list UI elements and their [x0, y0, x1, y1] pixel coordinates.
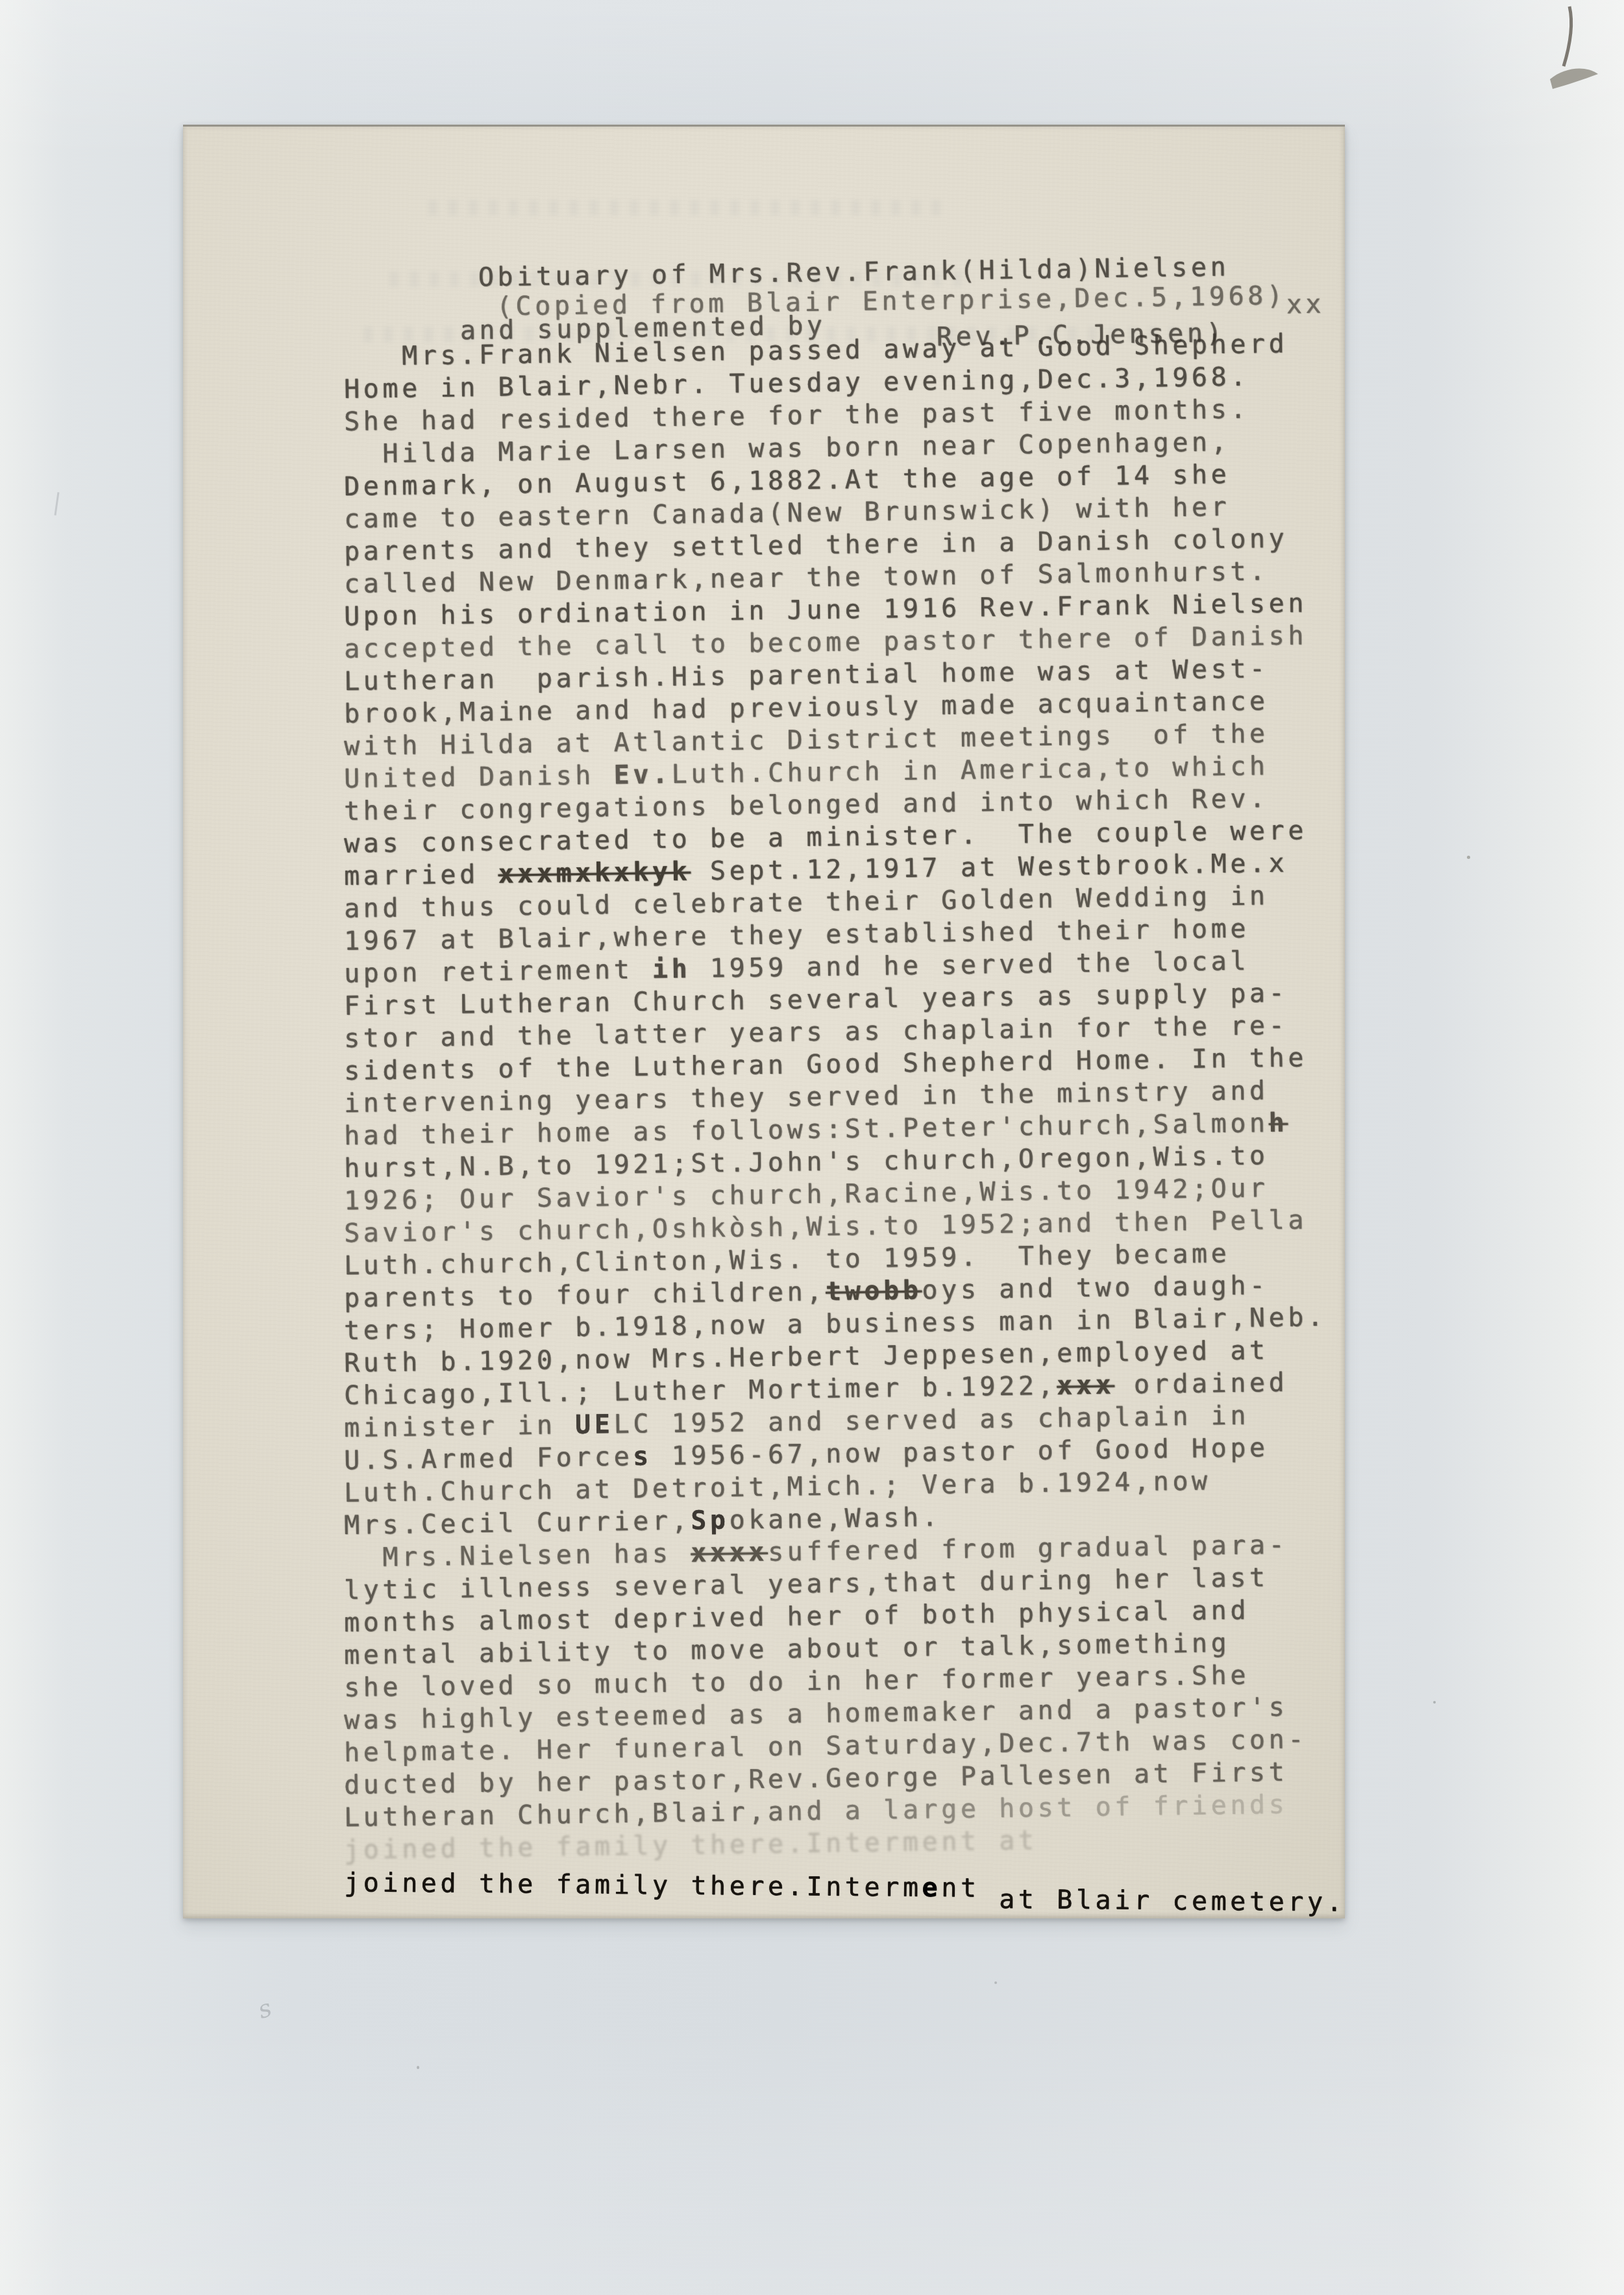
- text-segment: e: [922, 1873, 941, 1903]
- text-segment: U.S.Armed Force: [344, 1442, 634, 1476]
- dust-speck: [1433, 1701, 1436, 1704]
- text-segment: United Danish: [344, 760, 614, 794]
- text-segment: nt: [941, 1873, 999, 1904]
- text-segment: at Blair cemetery.: [999, 1883, 1345, 1918]
- text-segment: upon retirement: [344, 954, 653, 989]
- text-segment: parents to four children,: [344, 1277, 826, 1313]
- text-segment: ih: [652, 954, 691, 985]
- typed-line: joined the family there.Interment at Bla…: [344, 1867, 1338, 1907]
- text-segment: ordained: [1114, 1368, 1288, 1400]
- text-segment: xxxx: [691, 1537, 768, 1569]
- paper-sheet: Obituary of Mrs.Rev.Frank(Hilda)Nielsen …: [183, 125, 1345, 1918]
- text-segment: minister in: [344, 1410, 576, 1443]
- obituary-text: Obituary of Mrs.Rev.Frank(Hilda)Nielsen …: [183, 127, 1345, 1918]
- text-segment: UE: [575, 1409, 614, 1440]
- text-segment: okane,Wash.: [729, 1502, 941, 1535]
- scratch-mark: [55, 492, 60, 515]
- text-segment: oys and two daugh-: [922, 1271, 1269, 1305]
- text-segment: suffered from gradual para-: [768, 1530, 1288, 1567]
- text-segment: married: [344, 860, 498, 891]
- ink-mark: [1544, 3, 1615, 106]
- text-segment: joined the family there.Interm: [344, 1868, 922, 1903]
- body-text: Mrs.Frank Nielsen passed away at Good Sh…: [344, 341, 1338, 1899]
- text-segment: twobb: [826, 1276, 922, 1307]
- title-note: xx: [1286, 290, 1325, 320]
- pencil-squiggle: s: [254, 1993, 275, 2024]
- dust-speck: [417, 2066, 419, 2069]
- dust-speck: [994, 1981, 997, 1984]
- dust-speck: [1467, 856, 1470, 859]
- text-segment: h: [1268, 1108, 1288, 1138]
- text-segment: xxx: [1057, 1370, 1115, 1400]
- text-segment: Ev.: [613, 760, 672, 790]
- text-segment: Sp: [691, 1506, 730, 1536]
- text-segment: Mrs.Cecil Currier,: [344, 1506, 691, 1541]
- text-segment: xxxmxkxkyk: [498, 857, 691, 889]
- text-segment: s: [633, 1441, 652, 1471]
- text-segment: Mrs.Nielsen has: [344, 1539, 691, 1573]
